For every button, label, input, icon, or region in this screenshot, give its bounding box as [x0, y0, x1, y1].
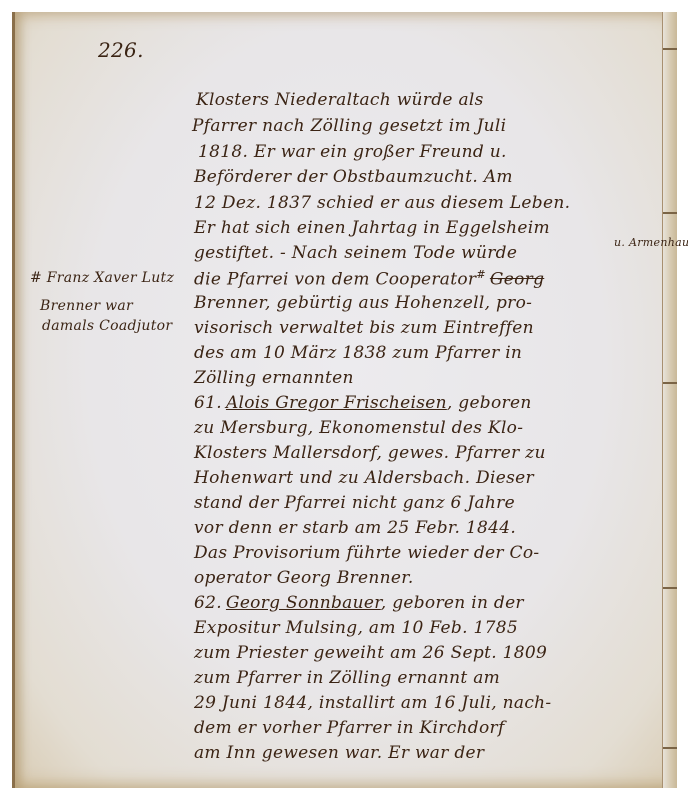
text-line: Expositur Mulsing, am 10 Feb. 1785	[194, 618, 518, 638]
text-line: dem er vorher Pfarrer in Kirchdorf	[194, 718, 505, 738]
margin-note-name: # Franz Xaver Lutz	[30, 270, 174, 286]
text-line-part: die Pfarrei von dem Cooperator	[194, 269, 476, 289]
text-line: Hohenwart und zu Aldersbach. Dieser	[194, 468, 534, 488]
text-line-part: Brenner, gebürtig aus Hohenzell, pro-	[194, 293, 532, 313]
text-line: gestiftet. - Nach seinem Tode würde	[194, 243, 517, 263]
text-line: vor denn er starb am 25 Febr. 1844.	[194, 518, 516, 538]
text-line: zum Pfarrer in Zölling ernannt am	[194, 668, 500, 688]
text-line: Klosters Mallersdorf, gewes. Pfarrer zu	[194, 443, 546, 463]
margin-note-line2: Brenner war	[40, 298, 133, 314]
entry-name: Georg Sonnbauer	[226, 593, 381, 613]
text-line: des am 10 März 1838 zum Pfarrer in	[194, 343, 522, 363]
text-line: am Inn gewesen war. Er war der	[194, 743, 484, 763]
margin-note-line3: damals Coadjutor	[42, 318, 172, 334]
text-line: visorisch verwaltet bis zum Eintreffen	[194, 318, 534, 338]
entry-61-heading: 61. Alois Gregor Frischeisen, geboren	[194, 393, 532, 413]
binding-stitch	[663, 212, 677, 214]
text-line: 12 Dez. 1837 schied er aus diesem Leben.	[194, 193, 570, 213]
text-line: Zölling ernannten	[194, 368, 354, 388]
text-line: Klosters Niederaltach würde als	[196, 90, 484, 110]
binding-stitch	[663, 587, 677, 589]
entry-number: 62.	[194, 593, 222, 613]
text-line: operator Georg Brenner.	[194, 568, 414, 588]
entry-name: Alois Gregor Frischeisen	[226, 393, 447, 413]
text-line: zu Mersburg, Ekonomenstul des Klo-	[194, 418, 523, 438]
text-line: stand der Pfarrei nicht ganz 6 Jahre	[194, 493, 515, 513]
entry-rest: , geboren	[447, 393, 532, 413]
text-line: die Pfarrei von dem Cooperator# Georg	[194, 268, 544, 289]
text-line: 29 Juni 1844, installirt am 16 Juli, nac…	[194, 693, 551, 713]
page-number: 226.	[98, 38, 144, 62]
entry-62-heading: 62. Georg Sonnbauer, geboren in der	[194, 593, 524, 613]
entry-rest: , geboren in der	[381, 593, 524, 613]
text-line: Pfarrer nach Zölling gesetzt im Juli	[192, 116, 506, 136]
text-line: Er hat sich einen Jahrtag in Eggelsheim	[194, 218, 550, 238]
binding-stitch	[663, 382, 677, 384]
text-line: zum Priester geweiht am 26 Sept. 1809	[194, 643, 547, 663]
text-line: 1818. Er war ein großer Freund u.	[198, 142, 507, 162]
entry-number: 61.	[194, 393, 222, 413]
marker-hash: #	[476, 268, 486, 281]
book-binding	[662, 12, 677, 788]
text-line: Brenner, gebürtig aus Hohenzell, pro-	[194, 293, 532, 313]
binding-stitch	[663, 48, 677, 50]
binding-stitch	[663, 747, 677, 749]
right-margin-note: u. Armenhaus	[614, 236, 688, 249]
text-line: Das Provisorium führte wieder der Co-	[194, 543, 539, 563]
text-line: Beförderer der Obstbaumzucht. Am	[194, 167, 513, 187]
struck-word: Georg	[490, 269, 544, 289]
